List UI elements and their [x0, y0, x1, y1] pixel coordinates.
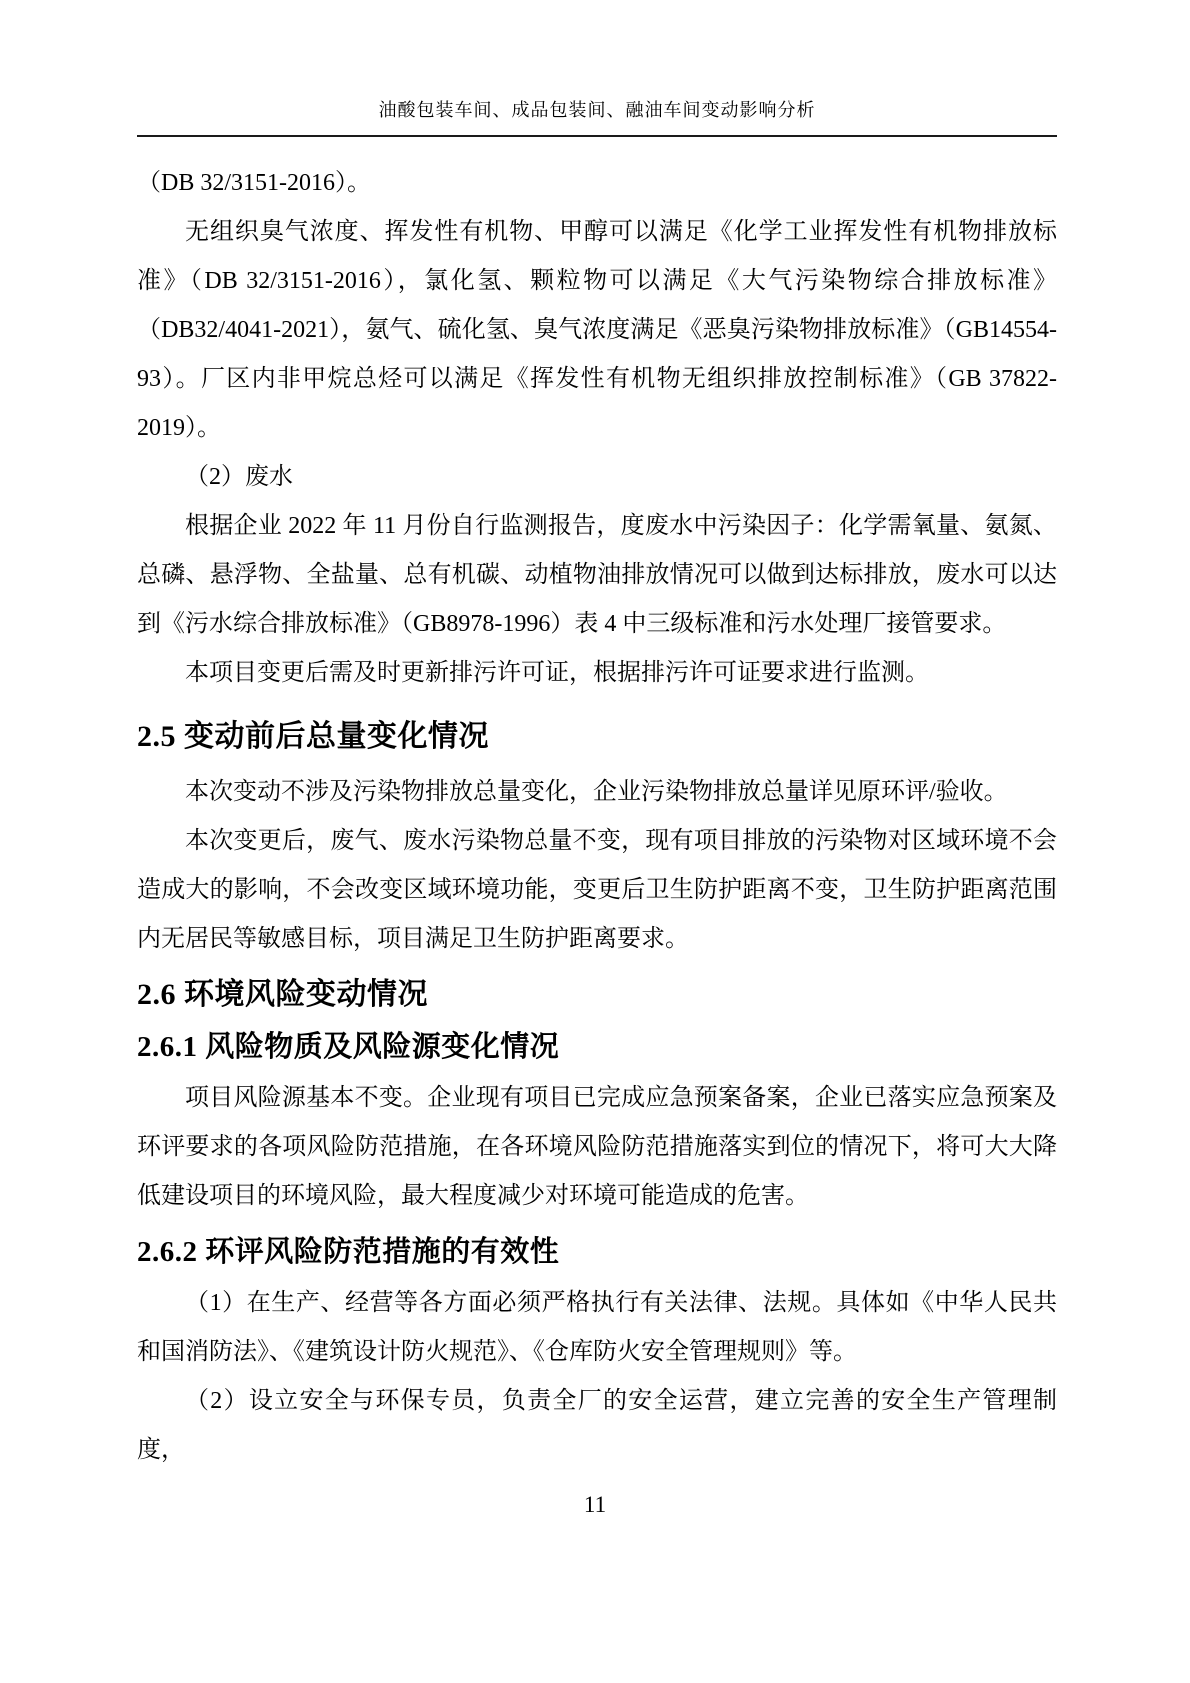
- paragraph-risk-measure-2: （2）设立安全与环保专员，负责全厂的安全运营，建立完善的安全生产管理制度，: [137, 1377, 1057, 1475]
- section-heading-2-6: 2.6 环境风险变动情况: [137, 974, 1057, 1016]
- paragraph-db-continuation: （DB 32/3151-2016）。: [137, 159, 1057, 208]
- paragraph-total-amount-2: 本次变更后，废气、废水污染物总量不变，现有项目排放的污染物对区域环境不会造成大的…: [137, 817, 1057, 964]
- paragraph-total-amount-1: 本次变动不涉及污染物排放总量变化，企业污染物排放总量详见原环评/验收。: [137, 768, 1057, 817]
- document-page: 油酸包装车间、成品包装间、融油车间变动影响分析 （DB 32/3151-2016…: [0, 0, 1190, 1683]
- section-heading-2-6-1: 2.6.1 风险物质及风险源变化情况: [137, 1026, 1057, 1068]
- document-body: （DB 32/3151-2016）。 无组织臭气浓度、挥发性有机物、甲醇可以满足…: [137, 139, 1057, 1475]
- page-header-title: 油酸包装车间、成品包装间、融油车间变动影响分析: [379, 100, 816, 120]
- paragraph-wastewater-label: （2）废水: [137, 453, 1057, 502]
- section-heading-2-6-2: 2.6.2 环评风险防范措施的有效性: [137, 1231, 1057, 1273]
- section-heading-2-5: 2.5 变动前后总量变化情况: [137, 716, 1057, 758]
- paragraph-risk-source: 项目风险源基本不变。企业现有项目已完成应急预案备案，企业已落实应急预案及环评要求…: [137, 1074, 1057, 1221]
- paragraph-risk-measure-1: （1）在生产、经营等各方面必须严格执行有关法律、法规。具体如《中华人民共和国消防…: [137, 1279, 1057, 1377]
- paragraph-discharge-permit: 本项目变更后需及时更新排污许可证，根据排污许可证要求进行监测。: [137, 649, 1057, 698]
- page-number: 11: [584, 1492, 606, 1517]
- paragraph-wastewater-monitoring: 根据企业 2022 年 11 月份自行监测报告，度废水中污染因子：化学需氧量、氨…: [137, 502, 1057, 649]
- paragraph-air-emission-standards: 无组织臭气浓度、挥发性有机物、甲醇可以满足《化学工业挥发性有机物排放标准》（DB…: [137, 208, 1057, 453]
- page-header: 油酸包装车间、成品包装间、融油车间变动影响分析: [137, 99, 1057, 137]
- page-footer: 11: [0, 1490, 1190, 1520]
